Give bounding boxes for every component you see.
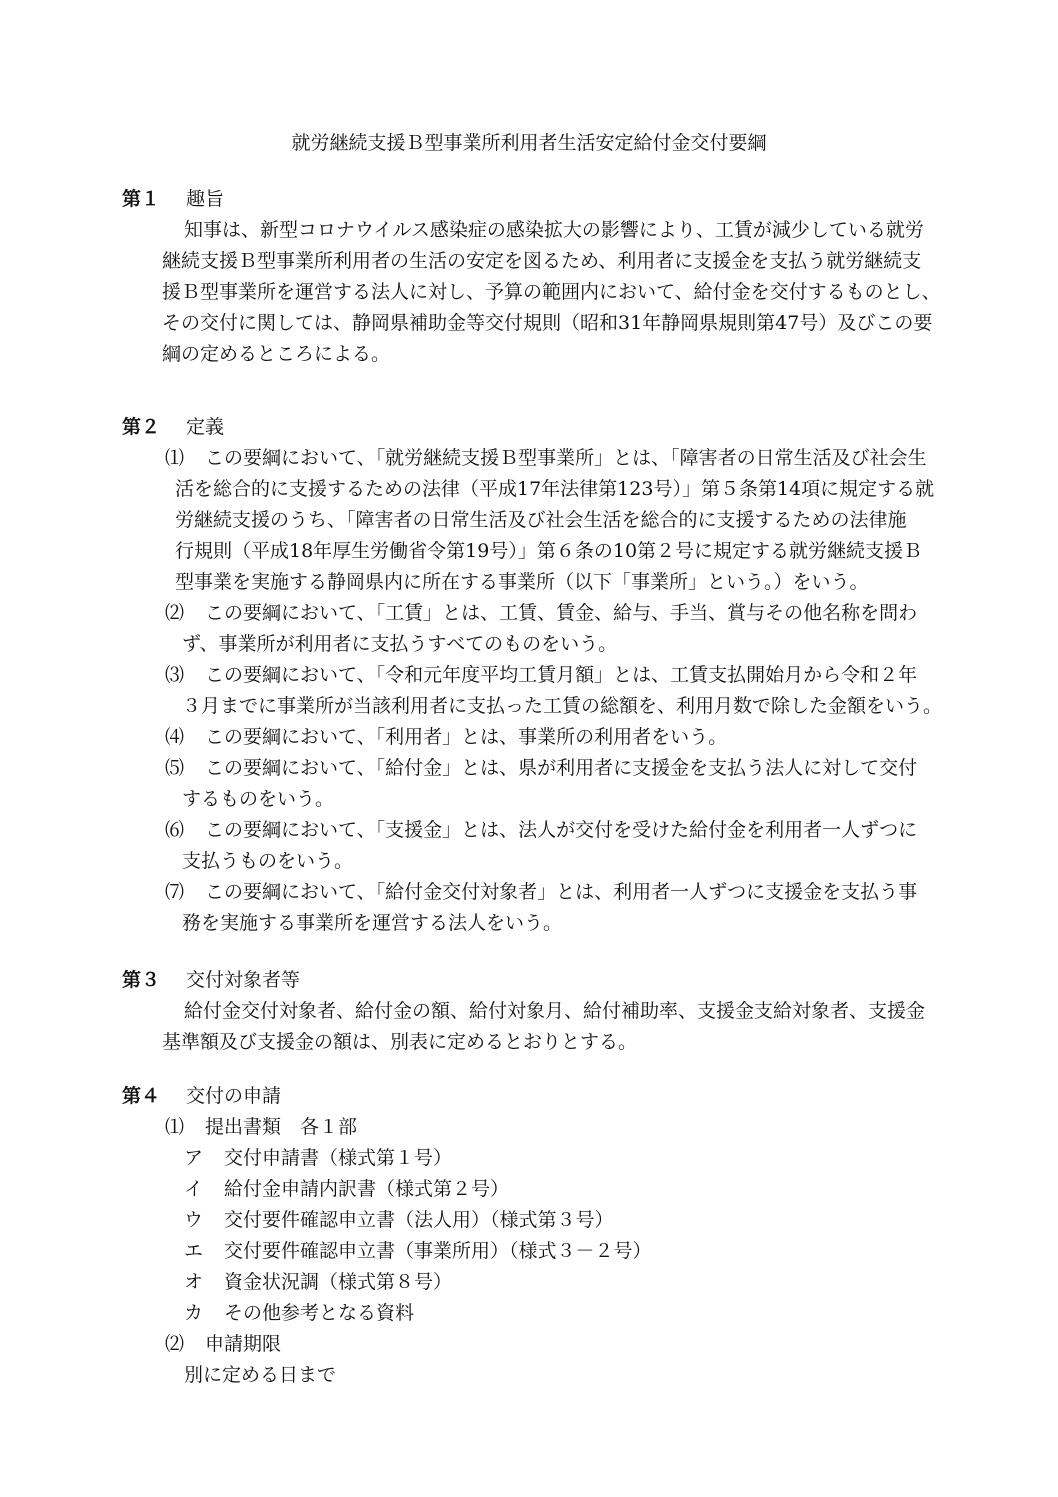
subitem-text: 交付申請書（様式第１号） [224, 1146, 452, 1170]
definition-line: ３月までに事業所が当該利用者に支払った工賃の総額を、利用月数で除した金額をいう。 [182, 694, 942, 718]
subitem-marker: カ [184, 1301, 203, 1325]
definition-line: 支払うものをいう。 [182, 849, 353, 873]
definition-line: この要綱において、「給付金」とは、県が利用者に支援金を支払う法人に対して交付 [205, 756, 917, 780]
subitem-text: その他参考となる資料 [224, 1301, 414, 1325]
subitem-marker: エ [184, 1239, 203, 1263]
item-label: 提出書類 各１部 [205, 1115, 357, 1139]
definition-line: するものをいう。 [182, 787, 334, 811]
subitem-marker: ア [184, 1146, 203, 1170]
section-title: 交付の申請 [186, 1085, 281, 1107]
section-number: 第４ [122, 1085, 160, 1107]
subitem-text: 交付要件確認申立書（事業所用）（様式３－２号） [224, 1239, 652, 1263]
item-marker: ⑸ [165, 756, 184, 780]
section-3-heading: 第３交付対象者等 [122, 968, 300, 992]
document-page: 就労継続支援Ｂ型事業所利用者生活安定給付金交付要綱 第１趣旨 知事は、新型コロナ… [0, 0, 1058, 1497]
paragraph-line: 綱の定めるところによる。 [162, 342, 390, 366]
item-label: 申請期限 [205, 1332, 281, 1356]
section-title: 交付対象者等 [186, 969, 300, 991]
item-marker: ⑴ [165, 446, 184, 470]
document-title: 就労継続支援Ｂ型事業所利用者生活安定給付金交付要綱 [0, 128, 1058, 155]
definition-line: この要綱において、「就労継続支援Ｂ型事業所」とは、「障害者の日常生活及び社会生 [205, 446, 927, 470]
item-marker: ⑹ [165, 818, 184, 842]
subitem-text: 交付要件確認申立書（法人用）（様式第３号） [224, 1208, 614, 1232]
paragraph-line: 基準額及び支援金の額は、別表に定めるとおりとする。 [162, 1030, 637, 1054]
item-text: 別に定める日まで [184, 1363, 336, 1387]
section-title: 定義 [186, 416, 224, 438]
item-marker: ⑶ [165, 663, 184, 687]
subitem-marker: イ [184, 1177, 203, 1201]
section-2-heading: 第２定義 [122, 415, 224, 439]
paragraph-line: 給付金交付対象者、給付金の額、給付対象月、給付補助率、支援金支給対象者、支援金 [184, 999, 925, 1023]
definition-line: この要綱において、「利用者」とは、事業所の利用者をいう。 [205, 725, 727, 749]
section-number: 第２ [122, 416, 160, 438]
section-1-heading: 第１趣旨 [122, 187, 224, 211]
item-marker: ⑷ [165, 725, 184, 749]
section-4-heading: 第４交付の申請 [122, 1084, 281, 1108]
subitem-text: 資金状況調（様式第８号） [224, 1270, 452, 1294]
definition-line: 務を実施する事業所を運営する法人をいう。 [182, 911, 562, 935]
definition-line: 労継続支援のうち、「障害者の日常生活及び社会生活を総合的に支援するための法律施 [175, 508, 907, 532]
subitem-text: 給付金申請内訳書（様式第２号） [224, 1177, 509, 1201]
section-number: 第１ [122, 188, 160, 210]
subitem-marker: ウ [184, 1208, 203, 1232]
definition-line: この要綱において、「令和元年度平均工賃月額」とは、工賃支払開始月から令和２年 [205, 663, 917, 687]
item-marker: ⑺ [165, 880, 184, 904]
item-marker: ⑵ [165, 1332, 184, 1356]
paragraph-line: 援Ｂ型事業所を運営する法人に対し、予算の範囲内において、給付金を交付するものとし… [162, 280, 941, 304]
definition-line: この要綱において、「給付金交付対象者」とは、利用者一人ずつに支援金を支払う事 [205, 880, 917, 904]
paragraph-line: その交付に関しては、静岡県補助金等交付規則（昭和31年静岡県規則第47号）及びこ… [162, 311, 932, 335]
section-number: 第３ [122, 969, 160, 991]
section-title: 趣旨 [186, 188, 224, 210]
item-marker: ⑴ [165, 1115, 184, 1139]
paragraph-line: 知事は、新型コロナウイルス感染症の感染拡大の影響により、工賃が減少している就労 [184, 218, 924, 242]
definition-line: この要綱において、「工賃」とは、工賃、賃金、給与、手当、賞与その他名称を問わ [205, 601, 917, 625]
definition-line: 型事業を実施する静岡県内に所在する事業所（以下「事業所」という。）をいう。 [175, 570, 869, 594]
subitem-marker: オ [184, 1270, 203, 1294]
definition-line: 行規則（平成18年厚生労働省令第19号）」第６条の10第２号に規定する就労継続支… [175, 539, 922, 563]
definition-line: 活を総合的に支援するための法律（平成17年法律第123号）」第５条第14項に規定… [175, 477, 934, 501]
paragraph-line: 継続支援Ｂ型事業所利用者の生活の安定を図るため、利用者に支援金を支払う就労継続支 [162, 249, 921, 273]
item-marker: ⑵ [165, 601, 184, 625]
definition-line: ず、事業所が利用者に支払うすべてのものをいう。 [182, 632, 617, 656]
definition-line: この要綱において、「支援金」とは、法人が交付を受けた給付金を利用者一人ずつに [205, 818, 917, 842]
